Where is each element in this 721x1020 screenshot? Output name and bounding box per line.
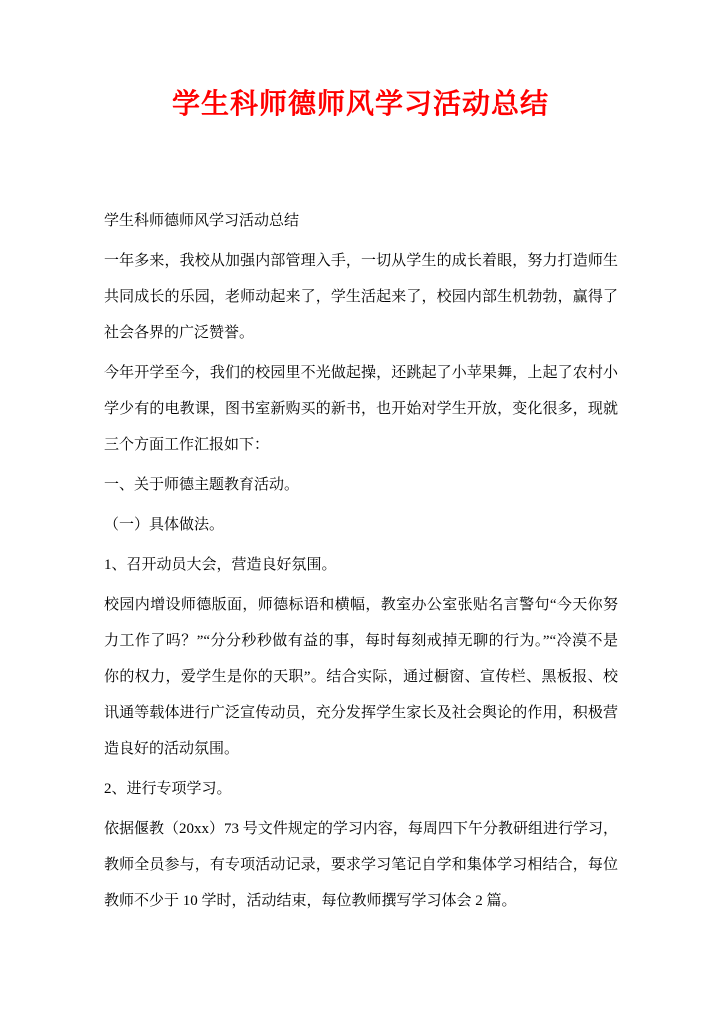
paragraph-item-1-body: 校园内增设师德版面，师德标语和横幅，教室办公室张贴名言警句“今天你努力工作了吗？… [104, 587, 618, 767]
paragraph-item-2-heading: 2、进行专项学习。 [104, 771, 618, 807]
paragraph-subsection-heading: （一）具体做法。 [104, 507, 618, 543]
paragraph-item-2-body: 依据偃教（20xx）73 号文件规定的学习内容，每周四下午分教研组进行学习，教师… [104, 811, 618, 919]
document-body: 学生科师德师风学习活动总结 一年多来，我校从加强内部管理入手，一切从学生的成长着… [104, 203, 618, 923]
paragraph-overview: 今年开学至今，我们的校园里不光做起操，还跳起了小苹果舞，上起了农村小学少有的电教… [104, 355, 618, 463]
paragraph-intro: 一年多来，我校从加强内部管理入手，一切从学生的成长着眼，努力打造师生共同成长的乐… [104, 243, 618, 351]
document-title: 学生科师德师风学习活动总结 [0, 82, 721, 122]
document-page: 学生科师德师风学习活动总结 学生科师德师风学习活动总结 一年多来，我校从加强内部… [0, 0, 721, 1020]
paragraph-section-1-heading: 一、关于师德主题教育活动。 [104, 467, 618, 503]
paragraph-item-1-heading: 1、召开动员大会，营造良好氛围。 [104, 547, 618, 583]
paragraph-title-line: 学生科师德师风学习活动总结 [104, 203, 618, 239]
